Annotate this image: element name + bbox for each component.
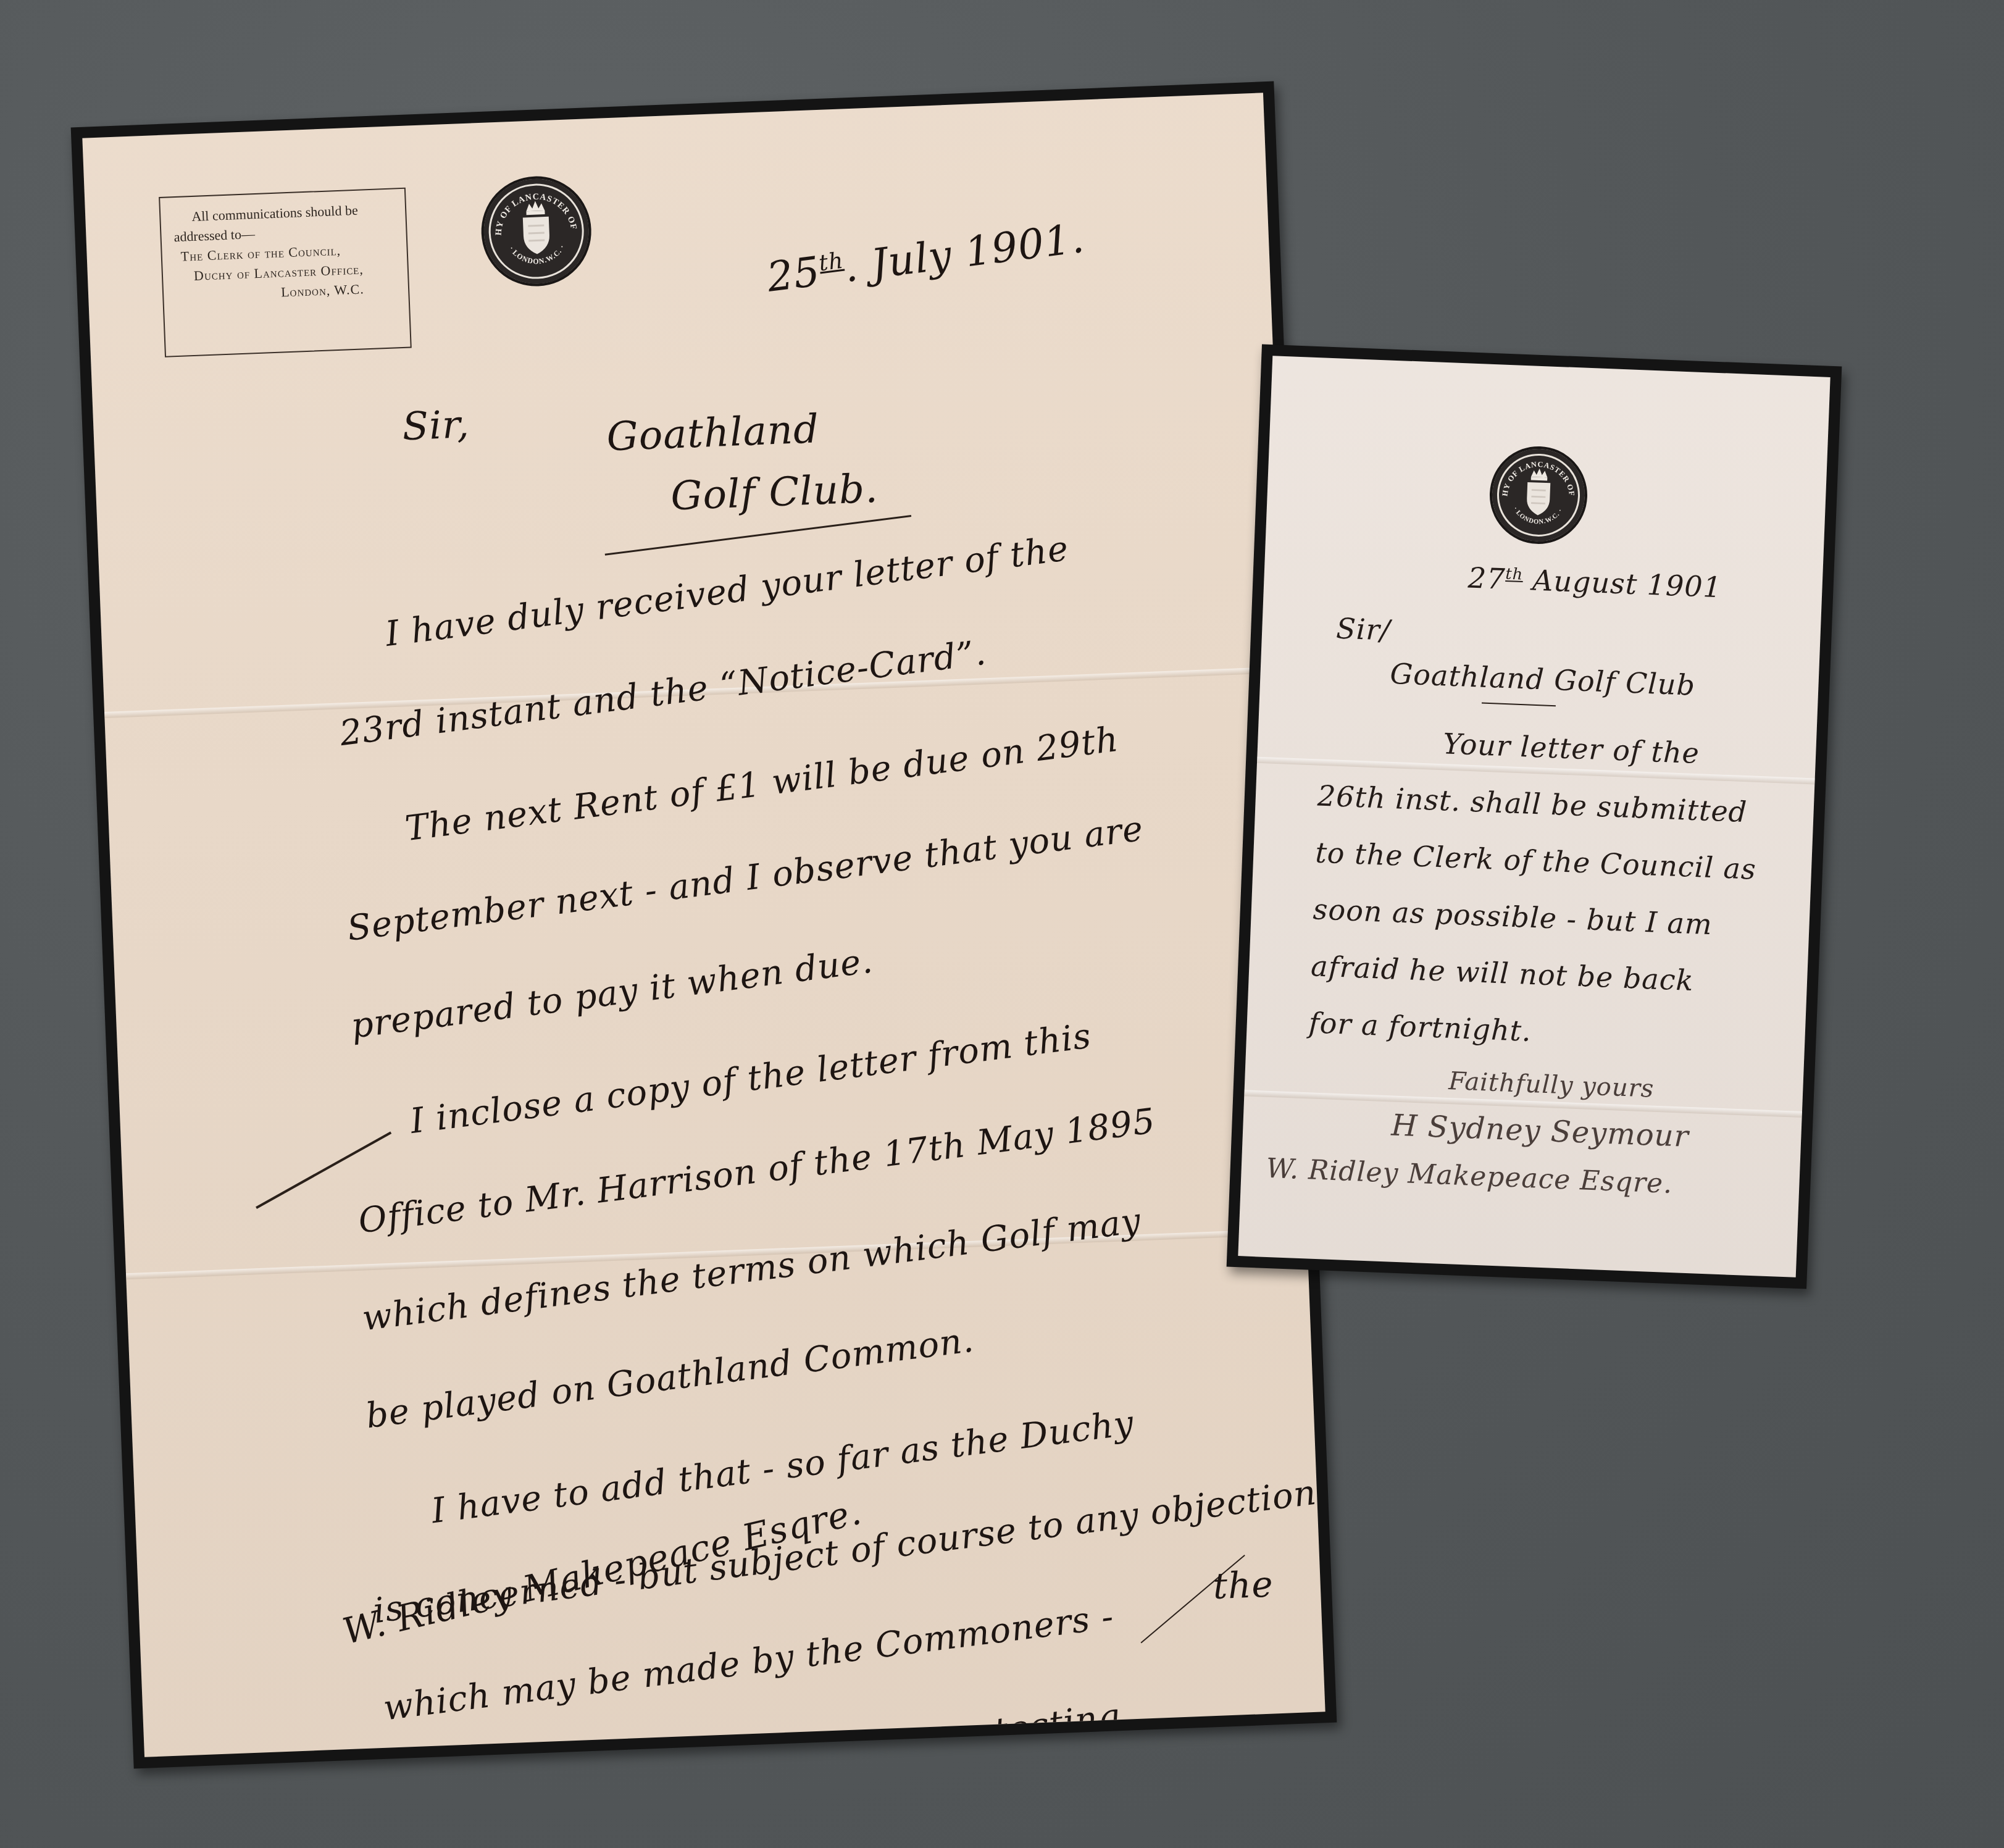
body-line: soon as possible - but I am [1313,892,1713,941]
letter-2-paper: DUCHY OF LANCASTER OFFICE · LONDON.W.C. … [1238,356,1830,1277]
body-line: be played on Goathland Common. [364,1320,976,1437]
subject-line: Golf Club. [670,466,879,520]
letter-2-mount: DUCHY OF LANCASTER OFFICE · LONDON.W.C. … [1227,345,1842,1289]
salutation: Sir/ [1335,611,1391,646]
crown-and-shield-crest-icon: DUCHY OF LANCASTER OFFICE · LONDON.W.C. … [482,177,590,285]
body-line: to the Clerk of the Council as [1314,835,1756,885]
closing: Faithfully yours [1448,1067,1655,1103]
address-notice-box: All communications should be addressed t… [159,188,412,357]
addressee: W. Ridley Makepeace Esqre. [1266,1153,1673,1200]
letter-1-mount: All communications should be addressed t… [71,82,1337,1769]
subject-underline [1482,703,1556,707]
body-line: 23rd instant and the “Notice-Card”. [338,632,989,754]
salutation: Sir, [401,401,470,449]
letter-date: 25th. July 1901. [764,214,1087,301]
body-line: for a fortnight. [1308,1006,1532,1048]
body-line: prepared to pay it when due. [349,941,875,1047]
letter-body: I have duly received your letter of the2… [82,93,1263,138]
body-line: afraid he will not be back [1310,949,1694,997]
catchword: the [1212,1563,1274,1607]
letter-date: 27th August 1901 [1468,561,1722,604]
signature: H Sydney Seymour [1391,1108,1690,1154]
margin-flourish [256,1131,391,1208]
subject-line: Goathland Golf Club [1390,657,1696,702]
subject-line: Goathland [606,406,820,460]
body-line: 26th inst. shall be submitted [1317,779,1748,829]
subject-underline [605,515,911,556]
duchy-seal: DUCHY OF LANCASTER OFFICE · LONDON.W.C. … [479,174,593,288]
duchy-seal: DUCHY OF LANCASTER OFFICE · LONDON.W.C. … [1488,445,1589,546]
crown-and-shield-crest-icon: DUCHY OF LANCASTER OFFICE · LONDON.W.C. … [1490,447,1587,543]
body-line: Your letter of the [1442,727,1700,770]
letter-1-paper: All communications should be addressed t… [82,93,1325,1757]
letter-body: Your letter of the26th inst. shall be su… [1272,356,1830,377]
